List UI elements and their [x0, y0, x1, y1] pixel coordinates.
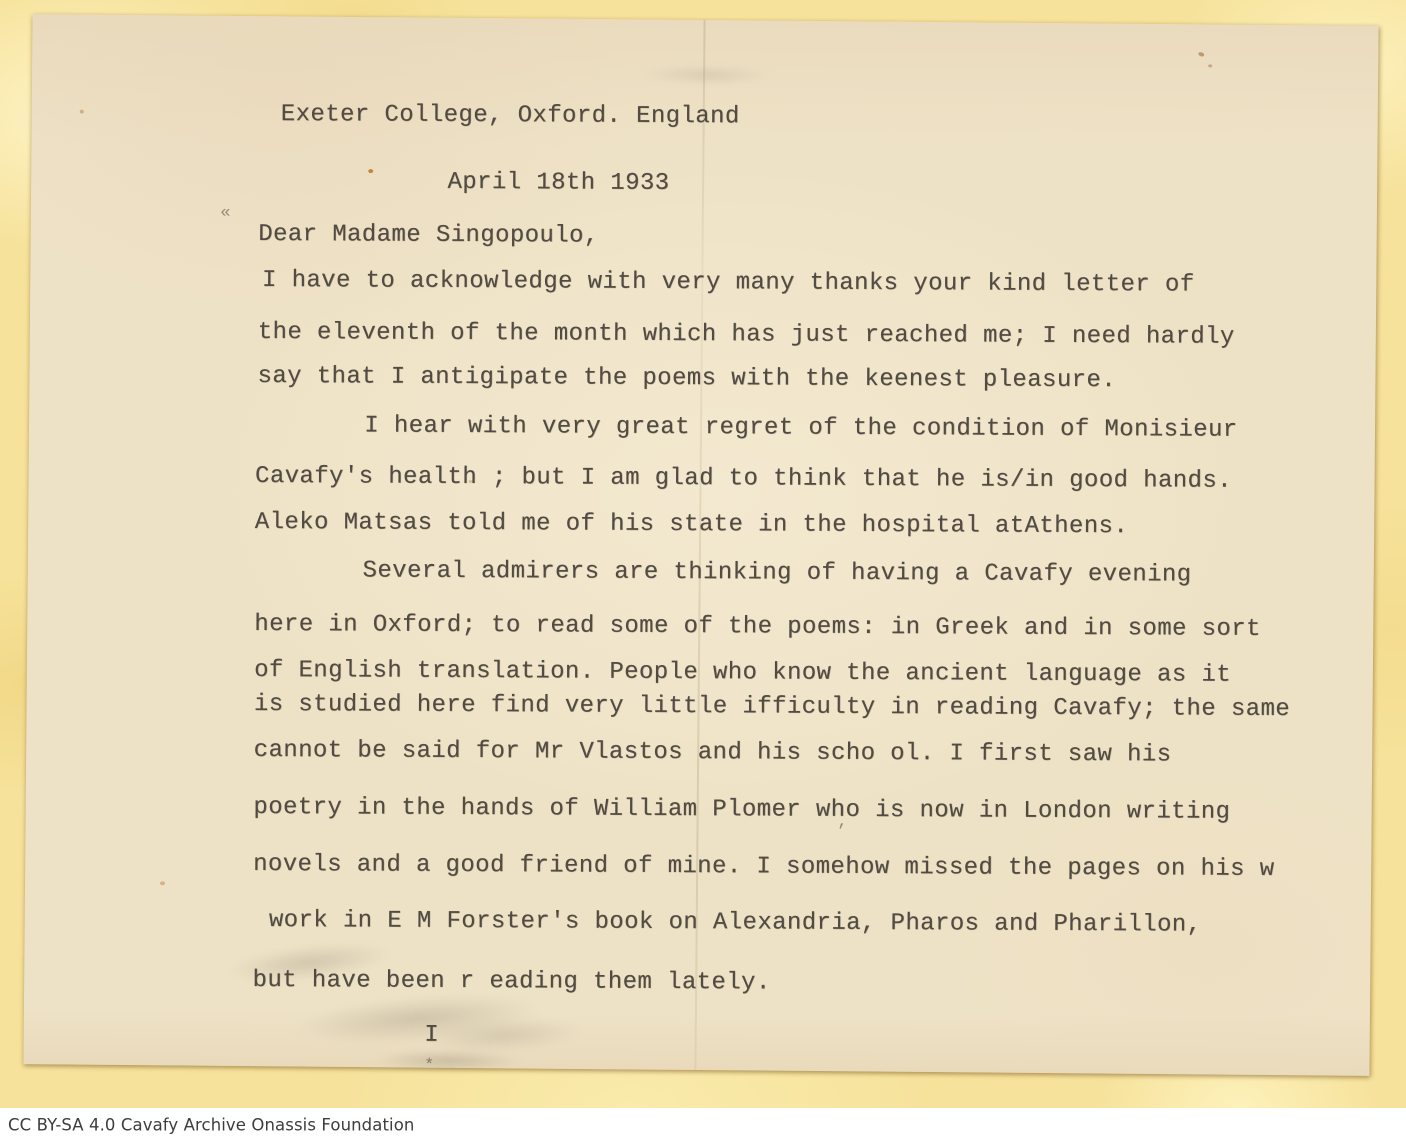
foxing-speck — [160, 881, 165, 885]
show-through-mark — [642, 64, 772, 85]
show-through-mark — [223, 935, 396, 990]
scanned-letter-page: { "colors": { "mount": "#f6e29b", "paper… — [0, 0, 1406, 1142]
foxing-speck — [1198, 51, 1205, 57]
foxing-speck — [1208, 64, 1212, 67]
vertical-fold-line — [694, 20, 705, 1070]
foxing-speck — [368, 169, 373, 173]
foxing-speck — [80, 110, 84, 114]
foxing-speck — [469, 480, 473, 483]
license-text: CC BY-SA 4.0 Cavafy Archive Onassis Foun… — [8, 1116, 414, 1135]
letter-paper — [23, 14, 1378, 1076]
license-bar: CC BY-SA 4.0 Cavafy Archive Onassis Foun… — [0, 1108, 1406, 1142]
